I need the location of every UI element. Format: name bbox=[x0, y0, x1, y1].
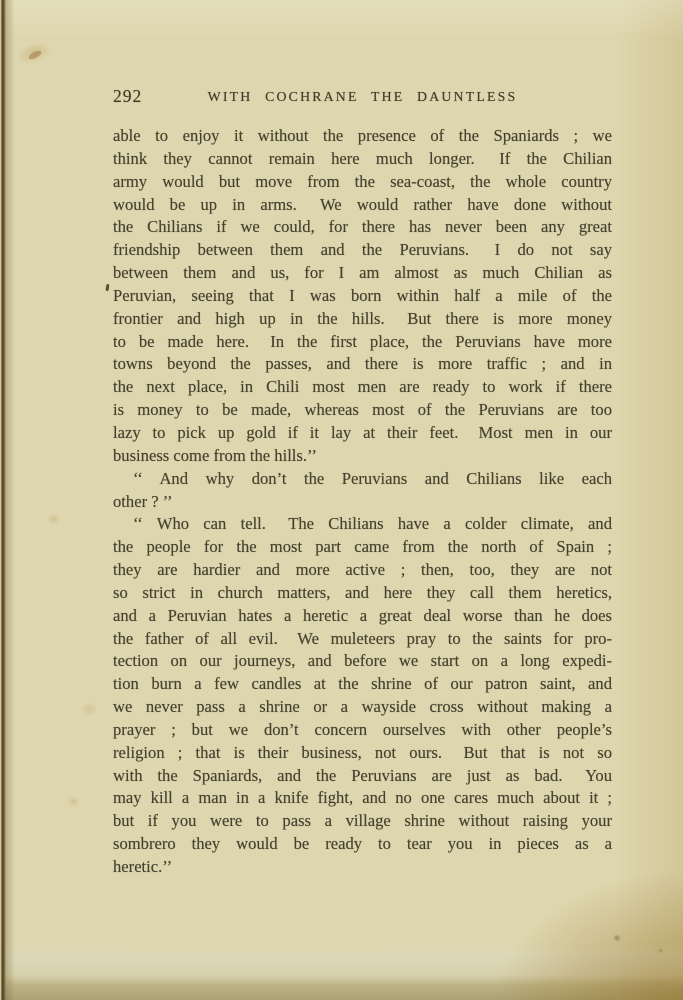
text-line: heretic.’’ bbox=[113, 856, 612, 879]
text-line: frontier and high up in the hills. But t… bbox=[113, 308, 612, 331]
text-line: lazy to pick up gold if it lay at their … bbox=[113, 422, 612, 445]
page-header: 292 WITH COCHRANE THE DAUNTLESS bbox=[113, 86, 612, 106]
text-line: so strict in church matters, and here th… bbox=[113, 582, 612, 605]
paper-stain bbox=[7, 33, 61, 74]
text-line: the father of all evil. We muleteers pra… bbox=[113, 628, 612, 651]
running-title: WITH COCHRANE THE DAUNTLESS bbox=[113, 89, 612, 105]
text-line: with the Spaniards, and the Peruvians ar… bbox=[113, 765, 612, 788]
paper-stain bbox=[27, 49, 42, 61]
text-line: would be up in arms. We would rather hav… bbox=[113, 194, 612, 217]
text-line: but if you were to pass a village shrine… bbox=[113, 810, 612, 833]
text-line: ‘‘ And why don’t the Peruvians and Chili… bbox=[113, 468, 612, 491]
paragraph: ‘‘ And why don’t the Peruvians and Chili… bbox=[113, 468, 612, 514]
book-page-scan: 292 WITH COCHRANE THE DAUNTLESS able to … bbox=[0, 0, 683, 1000]
text-line: army would but move from the sea-coast, … bbox=[113, 171, 612, 194]
ink-speck bbox=[106, 284, 109, 291]
text-line: they are hardier and more active ; then,… bbox=[113, 559, 612, 582]
paper-speck bbox=[612, 933, 622, 943]
foxing-spot bbox=[46, 512, 62, 526]
text-line: prayer ; but we don’t concern ourselves … bbox=[113, 719, 612, 742]
text-line: to be made here. In the first place, the… bbox=[113, 331, 612, 354]
foxing-spot bbox=[66, 795, 81, 808]
text-line: tection on our journeys, and before we s… bbox=[113, 650, 612, 673]
text-line: other ? ’’ bbox=[113, 491, 612, 514]
body-text: able to enjoy it without the presence of… bbox=[113, 125, 612, 879]
paragraph: ‘‘ Who can tell. The Chilians have a col… bbox=[113, 513, 612, 879]
text-line: may kill a man in a knife fight, and no … bbox=[113, 787, 612, 810]
text-line: the next place, in Chili most men are re… bbox=[113, 376, 612, 399]
text-line: we never pass a shrine or a wayside cros… bbox=[113, 696, 612, 719]
text-line: between them and us, for I am almost as … bbox=[113, 262, 612, 285]
paper-speck bbox=[657, 947, 664, 954]
text-line: religion ; that is their business, not o… bbox=[113, 742, 612, 765]
text-line: sombrero they would be ready to tear you… bbox=[113, 833, 612, 856]
text-line: tion burn a few candles at the shrine of… bbox=[113, 673, 612, 696]
text-line: and a Peruvian hates a heretic a great d… bbox=[113, 605, 612, 628]
text-line: the people for the most part came from t… bbox=[113, 536, 612, 559]
text-line: is money to be made, whereas most of the… bbox=[113, 399, 612, 422]
text-line: business come from the hills.’’ bbox=[113, 445, 612, 468]
foxing-spot bbox=[78, 700, 100, 718]
text-line: ‘‘ Who can tell. The Chilians have a col… bbox=[113, 513, 612, 536]
text-line: the Chilians if we could, for there has … bbox=[113, 216, 612, 239]
text-line: think they cannot remain here much longe… bbox=[113, 148, 612, 171]
text-line: Peruvian, seeing that I was born within … bbox=[113, 285, 612, 308]
text-line: able to enjoy it without the presence of… bbox=[113, 125, 612, 148]
text-line: friendship between them and the Peruvian… bbox=[113, 239, 612, 262]
text-line: towns beyond the passes, and there is mo… bbox=[113, 353, 612, 376]
paragraph: able to enjoy it without the presence of… bbox=[113, 125, 612, 468]
